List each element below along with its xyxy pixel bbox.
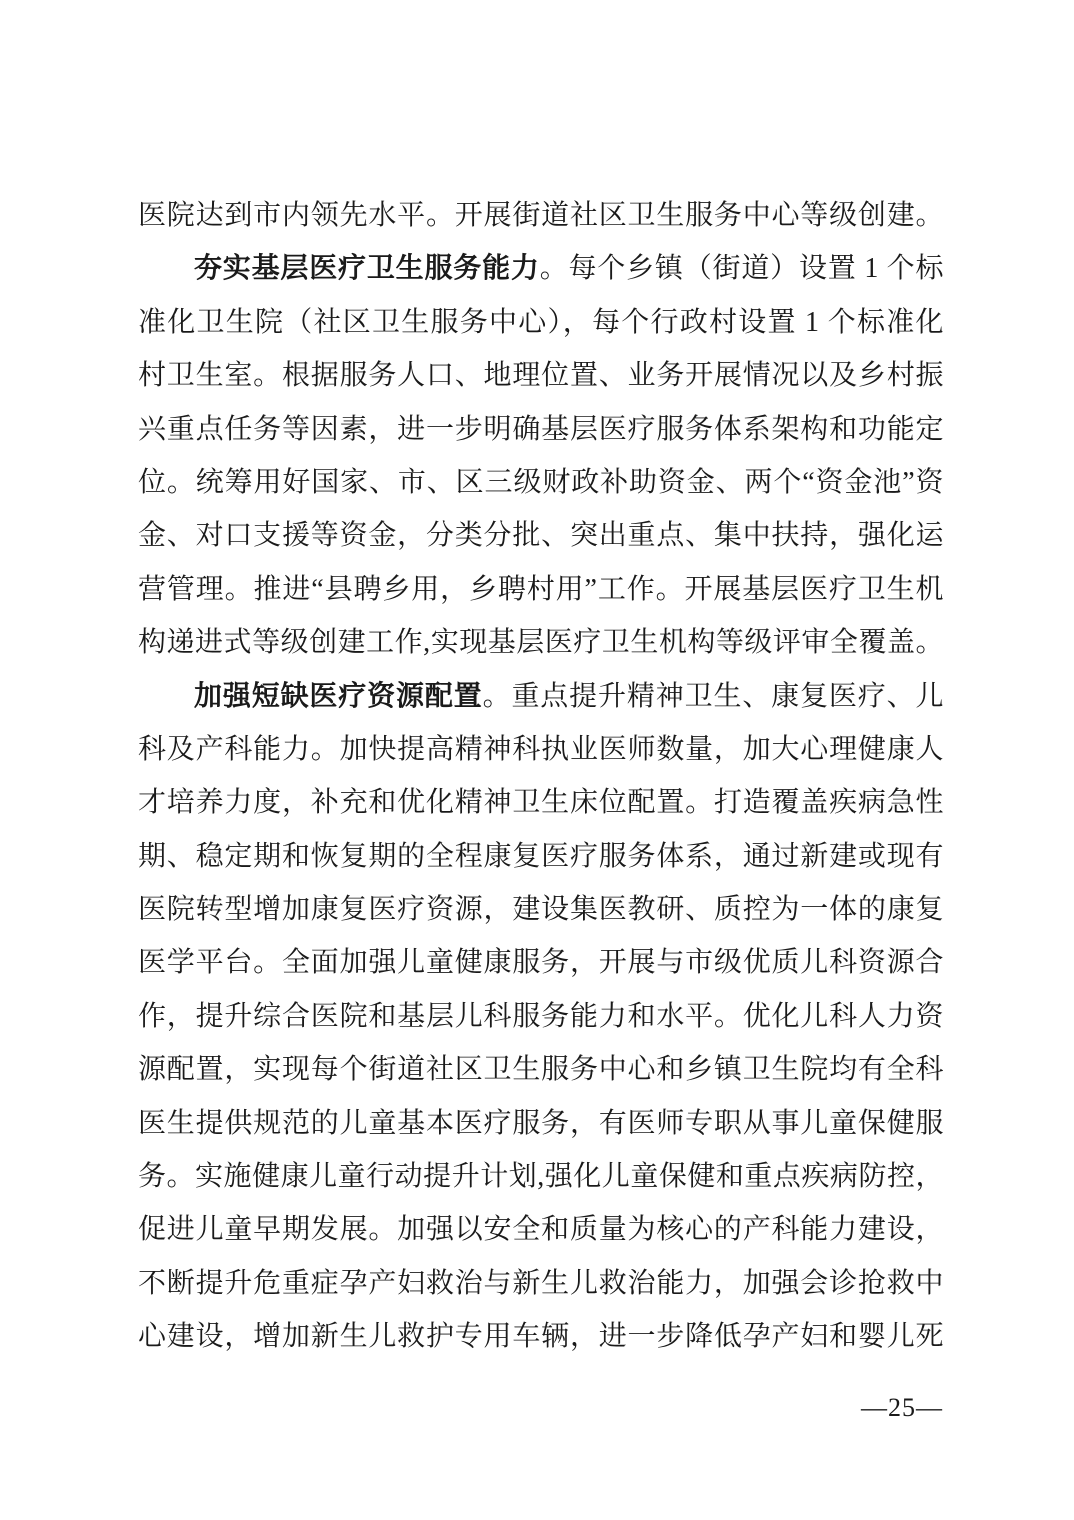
document-body: 医院达到市内领先水平。开展街道社区卫生服务中心等级创建。 夯实基层医疗卫生服务能… bbox=[138, 189, 944, 1364]
line-text: 。重点提升精神卫生、康复医疗、儿 bbox=[483, 681, 944, 712]
line-text: 医学平台。全面加强儿童健康服务，开展与市级优质儿科资源合 bbox=[138, 947, 944, 978]
text-line: 医院转型增加康复医疗资源，建设集医教研、质控为一体的康复 bbox=[138, 883, 944, 936]
line-bold-lead: 夯实基层医疗卫生服务能力 bbox=[194, 253, 540, 284]
line-bold-lead: 加强短缺医疗资源配置 bbox=[194, 681, 483, 712]
line-text: 准化卫生院（社区卫生服务中心），每个行政村设置 1 个标准化 bbox=[138, 307, 944, 338]
text-line: 才培养力度，补充和优化精神卫生床位配置。打造覆盖疾病急性 bbox=[138, 776, 944, 829]
line-text: 务。实施健康儿童行动提升计划,强化儿童保健和重点疾病防控， bbox=[138, 1161, 944, 1192]
text-line: 务。实施健康儿童行动提升计划,强化儿童保健和重点疾病防控， bbox=[138, 1150, 944, 1203]
line-text: 金、对口支援等资金，分类分批、突出重点、集中扶持，强化运 bbox=[138, 520, 944, 551]
line-text: 不断提升危重症孕产妇救治与新生儿救治能力，加强会诊抢救中 bbox=[138, 1268, 944, 1299]
line-text: 医院转型增加康复医疗资源，建设集医教研、质控为一体的康复 bbox=[138, 894, 944, 925]
text-line: 加强短缺医疗资源配置。重点提升精神卫生、康复医疗、儿 bbox=[138, 670, 944, 723]
line-text: 位。统筹用好国家、市、区三级财政补助资金、两个“资金池”资 bbox=[138, 467, 944, 498]
line-text: 源配置，实现每个街道社区卫生服务中心和乡镇卫生院均有全科 bbox=[138, 1054, 944, 1085]
line-text: 医院达到市内领先水平。开展街道社区卫生服务中心等级创建。 bbox=[138, 200, 944, 231]
line-text: 医生提供规范的儿童基本医疗服务，有医师专职从事儿童保健服 bbox=[138, 1108, 944, 1139]
text-line: 医院达到市内领先水平。开展街道社区卫生服务中心等级创建。 bbox=[138, 189, 944, 242]
text-line: 位。统筹用好国家、市、区三级财政补助资金、两个“资金池”资 bbox=[138, 456, 944, 509]
line-text: 。每个乡镇（街道）设置 1 个标 bbox=[540, 253, 944, 284]
text-line: 作，提升综合医院和基层儿科服务能力和水平。优化儿科人力资 bbox=[138, 990, 944, 1043]
text-line: 构递进式等级创建工作,实现基层医疗卫生机构等级评审全覆盖。 bbox=[138, 616, 944, 669]
text-line: 心建设，增加新生儿救护专用车辆，进一步降低孕产妇和婴儿死 bbox=[138, 1310, 944, 1363]
text-line: 期、稳定期和恢复期的全程康复医疗服务体系，通过新建或现有 bbox=[138, 830, 944, 883]
line-text: 村卫生室。根据服务人口、地理位置、业务开展情况以及乡村振 bbox=[138, 360, 944, 391]
line-text: 才培养力度，补充和优化精神卫生床位配置。打造覆盖疾病急性 bbox=[138, 787, 944, 818]
line-text: 促进儿童早期发展。加强以安全和质量为核心的产科能力建设， bbox=[138, 1214, 944, 1245]
text-line: 医学平台。全面加强儿童健康服务，开展与市级优质儿科资源合 bbox=[138, 936, 944, 989]
line-text: 构递进式等级创建工作,实现基层医疗卫生机构等级评审全覆盖。 bbox=[138, 627, 944, 658]
text-line: 促进儿童早期发展。加强以安全和质量为核心的产科能力建设， bbox=[138, 1203, 944, 1256]
text-line: 不断提升危重症孕产妇救治与新生儿救治能力，加强会诊抢救中 bbox=[138, 1257, 944, 1310]
line-text: 期、稳定期和恢复期的全程康复医疗服务体系，通过新建或现有 bbox=[138, 841, 944, 872]
page-number: —25— bbox=[861, 1392, 943, 1424]
text-line: 营管理。推进“县聘乡用，乡聘村用”工作。开展基层医疗卫生机 bbox=[138, 563, 944, 616]
text-line: 金、对口支援等资金，分类分批、突出重点、集中扶持，强化运 bbox=[138, 509, 944, 562]
line-text: 兴重点任务等因素，进一步明确基层医疗服务体系架构和功能定 bbox=[138, 414, 944, 445]
text-line: 兴重点任务等因素，进一步明确基层医疗服务体系架构和功能定 bbox=[138, 403, 944, 456]
text-line: 村卫生室。根据服务人口、地理位置、业务开展情况以及乡村振 bbox=[138, 349, 944, 402]
document-page: 医院达到市内领先水平。开展街道社区卫生服务中心等级创建。 夯实基层医疗卫生服务能… bbox=[0, 0, 1074, 1520]
line-text: 科及产科能力。加快提高精神科执业医师数量，加大心理健康人 bbox=[138, 734, 944, 765]
text-line: 夯实基层医疗卫生服务能力。每个乡镇（街道）设置 1 个标 bbox=[138, 242, 944, 295]
line-text: 心建设，增加新生儿救护专用车辆，进一步降低孕产妇和婴儿死 bbox=[138, 1321, 944, 1352]
line-text: 作，提升综合医院和基层儿科服务能力和水平。优化儿科人力资 bbox=[138, 1001, 944, 1032]
text-line: 准化卫生院（社区卫生服务中心），每个行政村设置 1 个标准化 bbox=[138, 296, 944, 349]
text-line: 医生提供规范的儿童基本医疗服务，有医师专职从事儿童保健服 bbox=[138, 1097, 944, 1150]
text-line: 源配置，实现每个街道社区卫生服务中心和乡镇卫生院均有全科 bbox=[138, 1043, 944, 1096]
line-text: 营管理。推进“县聘乡用，乡聘村用”工作。开展基层医疗卫生机 bbox=[138, 574, 944, 605]
text-line: 科及产科能力。加快提高精神科执业医师数量，加大心理健康人 bbox=[138, 723, 944, 776]
